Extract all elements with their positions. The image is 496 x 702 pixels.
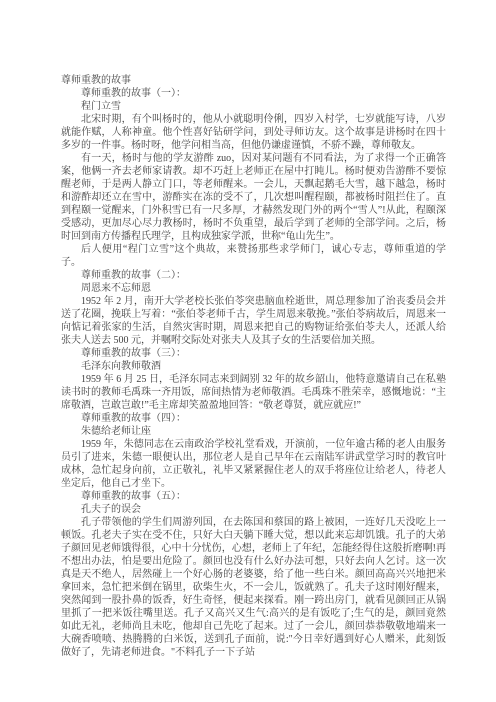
section-5-paragraph: 孔子带领他的学生们周游列国，在去陈国和蔡国的路上被困，一连好几天没吃上一顿饭。孔… [61, 516, 446, 659]
section-4-paragraph: 1959 年，朱德同志在云南政治学校礼堂看戏，开演前，一位年逾古稀的老人由服务员… [61, 438, 446, 490]
section-2-subtitle: 周恩来不忘师恩 [61, 282, 446, 295]
section-2-paragraph: 1952 年 2 月，南开大学老校长张伯苓突患脑血栓逝世，周总理参加了治丧委员会… [61, 295, 446, 347]
section-3-heading: 尊师重教的故事（三）： [61, 347, 446, 360]
section-1-paragraph: 有一天，杨时与他的学友游酢 zuo，因对某问题有不同看法，为了求得一个正确答案，… [61, 152, 446, 243]
section-5-subtitle: 孔夫子的误会 [61, 503, 446, 516]
section-1-paragraph: 北宋时期，有个叫杨时的，他从小就聪明伶俐，四岁入村学，七岁就能写诗，八岁就能作赋… [61, 113, 446, 152]
section-1-subtitle: 程门立雪 [61, 100, 446, 113]
section-1-heading: 尊师重教的故事（一）： [61, 87, 446, 100]
section-2-heading: 尊师重教的故事（二）： [61, 269, 446, 282]
section-5-heading: 尊师重教的故事（五）： [61, 490, 446, 503]
document-page: 尊师重教的故事 尊师重教的故事（一）： 程门立雪 北宋时期，有个叫杨时的，他从小… [0, 0, 496, 702]
section-4-subtitle: 朱德给老师让座 [61, 425, 446, 438]
section-1-paragraph: 后人便用“程门立雪”这个典故，来赞扬那些求学师门，诚心专志，尊师重道的学子。 [61, 243, 446, 269]
document-title: 尊师重教的故事 [61, 74, 446, 87]
section-3-paragraph: 1959 年 6 月 25 日，毛泽东同志来到阔别 32 年的故乡韶山，他特意邀… [61, 373, 446, 412]
section-4-heading: 尊师重教的故事（四）： [61, 412, 446, 425]
section-3-subtitle: 毛泽东向教师敬酒 [61, 360, 446, 373]
